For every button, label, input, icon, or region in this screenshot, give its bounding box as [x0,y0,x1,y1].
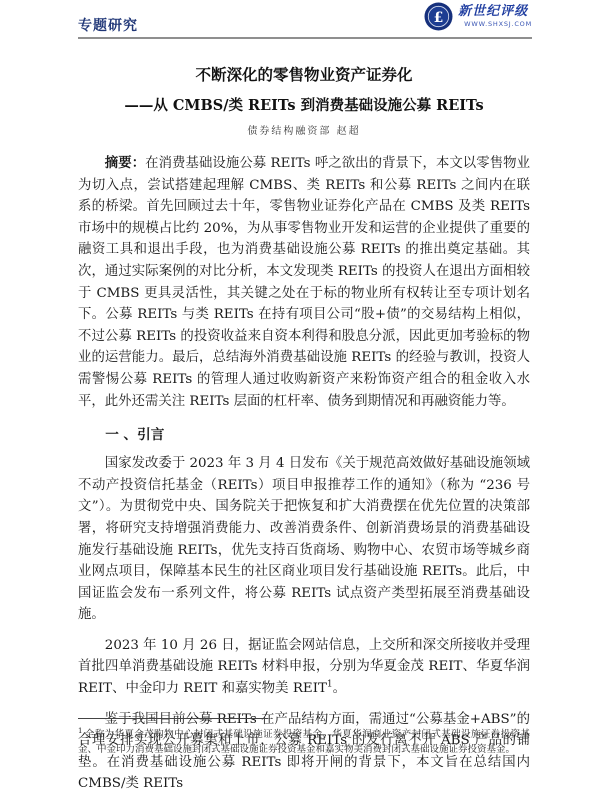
intro-paragraph-2-tail: 。 [333,681,346,696]
svg-text:£: £ [434,10,444,26]
author-byline: 债券结构融资部 赵超 [78,125,530,139]
logo-company-name: 新世纪评级 [458,5,532,18]
footnote-marker: 1 [78,727,82,735]
footnote-body: 全称为华夏金茂购物中心封闭式基础设施证券投资基金、华夏华润商业资产封闭式基础设施… [78,729,530,755]
logo-website: WWW.SHXSJ.COM [458,21,532,28]
document-subtitle: ——从 CMBS/类 REITs 到消费基础设施公募 REITs [78,95,530,116]
intro-paragraph-1: 国家发改委于 2023 年 3 月 4 日发布《关于规范高效做好基础设施领域不动… [78,453,530,626]
logo-text-block: 新世纪评级 WWW.SHXSJ.COM [458,5,532,28]
company-logo: £ 新世纪评级 WWW.SHXSJ.COM [424,2,532,31]
footnote-area: 1全称为华夏金茂购物中心封闭式基础设施证券投资基金、华夏华润商业资产封闭式基础设… [78,718,530,757]
footnote-text: 1全称为华夏金茂购物中心封闭式基础设施证券投资基金、华夏华润商业资产封闭式基础设… [78,724,530,757]
page-header: 专题研究 £ 新世纪评级 WWW.SHXSJ.COM [78,0,532,42]
abstract-paragraph: 摘要：在消费基础设施公募 REITs 呼之欲出的背景下，本文以零售物业为切入点，… [78,153,530,412]
footnote-divider [78,718,268,719]
header-divider [78,37,532,39]
abstract-text: 在消费基础设施公募 REITs 呼之欲出的背景下，本文以零售物业为切入点，尝试搭… [78,156,530,409]
section-heading-introduction: 一 、引言 [78,425,530,446]
document-body: 不断深化的零售物业资产证券化 ——从 CMBS/类 REITs 到消费基础设施公… [78,64,530,800]
document-page: 专题研究 £ 新世纪评级 WWW.SHXSJ.COM 不断深化的零售物业资产证券… [0,0,600,800]
abstract-label: 摘要： [105,155,145,171]
document-title: 不断深化的零售物业资产证券化 [78,64,530,86]
intro-paragraph-2: 2023 年 10 月 26 日，据证监会网站信息，上交所和深交所接收并受理首批… [78,635,530,700]
rating-agency-seal-icon: £ [424,2,453,31]
category-label: 专题研究 [78,15,138,35]
intro-paragraph-2-text: 2023 年 10 月 26 日，据证监会网站信息，上交所和深交所接收并受理首批… [78,638,530,696]
